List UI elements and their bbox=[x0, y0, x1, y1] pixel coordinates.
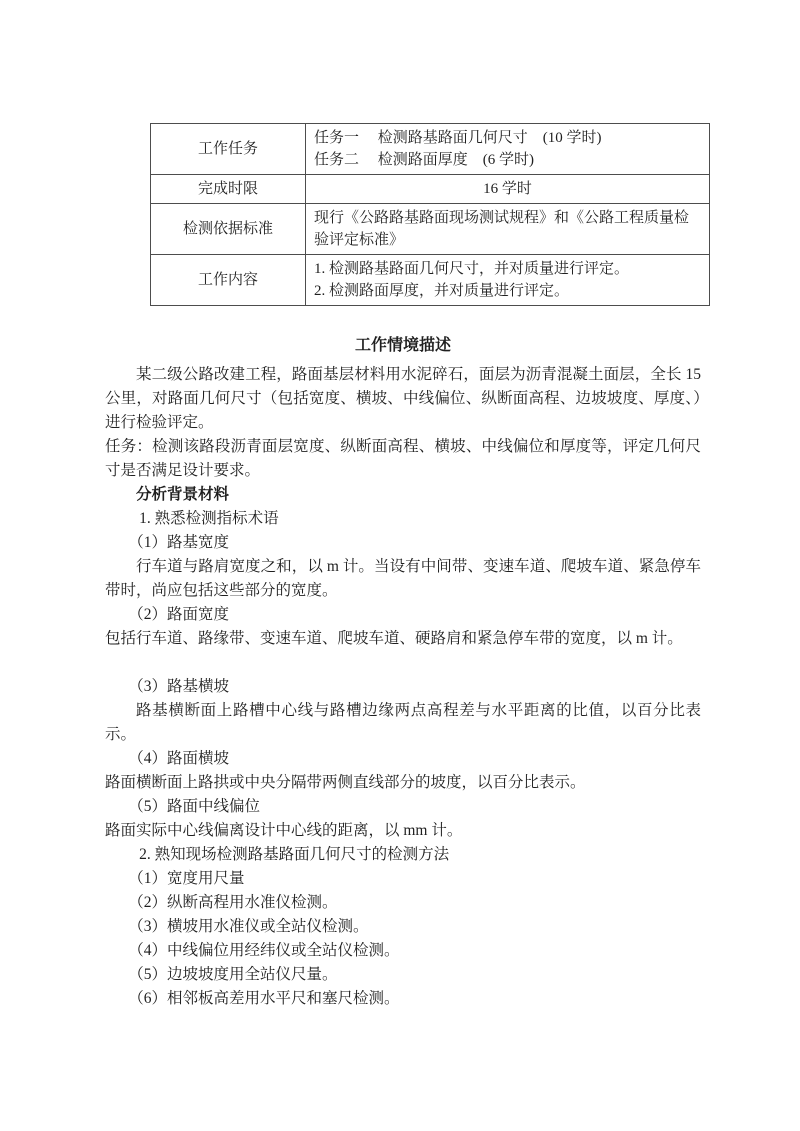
method-item-centerline-offset: （4）中线偏位用经纬仪或全站仪检测。 bbox=[105, 939, 701, 963]
content-line-work-content-2: 2. 检测路面厚度，并对质量进行评定。 bbox=[314, 280, 701, 302]
term-centerline-offset-definition: 路面实际中心线偏离设计中心线的距离，以 mm 计。 bbox=[105, 819, 701, 843]
row-content-work-tasks: 任务一 检测路基路面几何尺寸 (10 学时) 任务二 检测路面厚度 (6 学时) bbox=[306, 124, 710, 175]
project-description-paragraph: 某二级公路改建工程，路面基层材料用水泥碎石，面层为沥青混凝土面层，全长 15 公… bbox=[105, 363, 701, 435]
term-pavement-width-definition: 包括行车道、路缘带、变速车道、爬坡车道、硬路肩和紧急停车带的宽度，以 m 计。 bbox=[105, 627, 701, 651]
term-pavement-width-title: （2）路面宽度 bbox=[105, 603, 701, 627]
document-body: 工作任务 任务一 检测路基路面几何尺寸 (10 学时) 任务二 检测路面厚度 (… bbox=[105, 123, 701, 1011]
method-item-side-slope: （5）边坡坡度用全站仪尺量。 bbox=[105, 963, 701, 987]
blank-line bbox=[105, 651, 701, 675]
table-row-work-content: 工作内容 1. 检测路基路面几何尺寸，并对质量进行评定。 2. 检测路面厚度，并… bbox=[151, 255, 710, 306]
content-line-deadline: 16 学时 bbox=[314, 178, 701, 200]
row-content-deadline: 16 学时 bbox=[306, 175, 710, 204]
document-page: 工作任务 任务一 检测路基路面几何尺寸 (10 学时) 任务二 检测路面厚度 (… bbox=[0, 0, 800, 1131]
row-content-work-content: 1. 检测路基路面几何尺寸，并对质量进行评定。 2. 检测路面厚度，并对质量进行… bbox=[306, 255, 710, 306]
content-line-standards: 现行《公路路基路面现场测试规程》和《公路工程质量检验评定标准》 bbox=[314, 207, 701, 251]
method-item-width: （1）宽度用尺量 bbox=[105, 867, 701, 891]
term-roadbed-crossslope-definition: 路基横断面上路槽中心线与路槽边缘两点高程差与水平距离的比值，以百分比表示。 bbox=[105, 699, 701, 747]
term-roadbed-width-title: （1）路基宽度 bbox=[105, 531, 701, 555]
content-line-work-content-1: 1. 检测路基路面几何尺寸，并对质量进行评定。 bbox=[314, 258, 701, 280]
section-title: 工作情境描述 bbox=[105, 332, 701, 355]
content-line-task-2: 任务二 检测路面厚度 (6 学时) bbox=[314, 149, 701, 171]
row-label-work-content: 工作内容 bbox=[151, 255, 306, 306]
table-row-standards: 检测依据标准 现行《公路路基路面现场测试规程》和《公路工程质量检验评定标准》 bbox=[151, 204, 710, 255]
term-pavement-crossslope-definition: 路面横断面上路拱或中央分隔带两侧直线部分的坡度，以百分比表示。 bbox=[105, 771, 701, 795]
term-roadbed-crossslope-title: （3）路基横坡 bbox=[105, 675, 701, 699]
row-content-standards: 现行《公路路基路面现场测试规程》和《公路工程质量检验评定标准》 bbox=[306, 204, 710, 255]
term-centerline-offset-title: （5）路面中线偏位 bbox=[105, 795, 701, 819]
table-row-work-tasks: 工作任务 任务一 检测路基路面几何尺寸 (10 学时) 任务二 检测路面厚度 (… bbox=[151, 124, 710, 175]
task-info-table: 工作任务 任务一 检测路基路面几何尺寸 (10 学时) 任务二 检测路面厚度 (… bbox=[150, 123, 710, 306]
row-label-deadline: 完成时限 bbox=[151, 175, 306, 204]
method-item-crossslope: （3）横坡用水准仪或全站仪检测。 bbox=[105, 915, 701, 939]
method-item-profile-elevation: （2）纵断高程用水准仪检测。 bbox=[105, 891, 701, 915]
terms-list-heading: 1. 熟悉检测指标术语 bbox=[105, 507, 701, 531]
method-item-adjacent-slab: （6）相邻板高差用水平尺和塞尺检测。 bbox=[105, 987, 701, 1011]
row-label-work-tasks: 工作任务 bbox=[151, 124, 306, 175]
methods-list-heading: 2. 熟知现场检测路基路面几何尺寸的检测方法 bbox=[105, 843, 701, 867]
task-description-paragraph: 任务：检测该路段沥青面层宽度、纵断面高程、横坡、中线偏位和厚度等，评定几何尺寸是… bbox=[105, 435, 701, 483]
term-pavement-crossslope-title: （4）路面横坡 bbox=[105, 747, 701, 771]
content-line-task-1: 任务一 检测路基路面几何尺寸 (10 学时) bbox=[314, 127, 701, 149]
table-row-deadline: 完成时限 16 学时 bbox=[151, 175, 710, 204]
row-label-standards: 检测依据标准 bbox=[151, 204, 306, 255]
term-roadbed-width-definition: 行车道与路肩宽度之和，以 m 计。当设有中间带、变速车道、爬坡车道、紧急停车带时… bbox=[105, 555, 701, 603]
analysis-materials-heading: 分析背景材料 bbox=[105, 483, 701, 507]
